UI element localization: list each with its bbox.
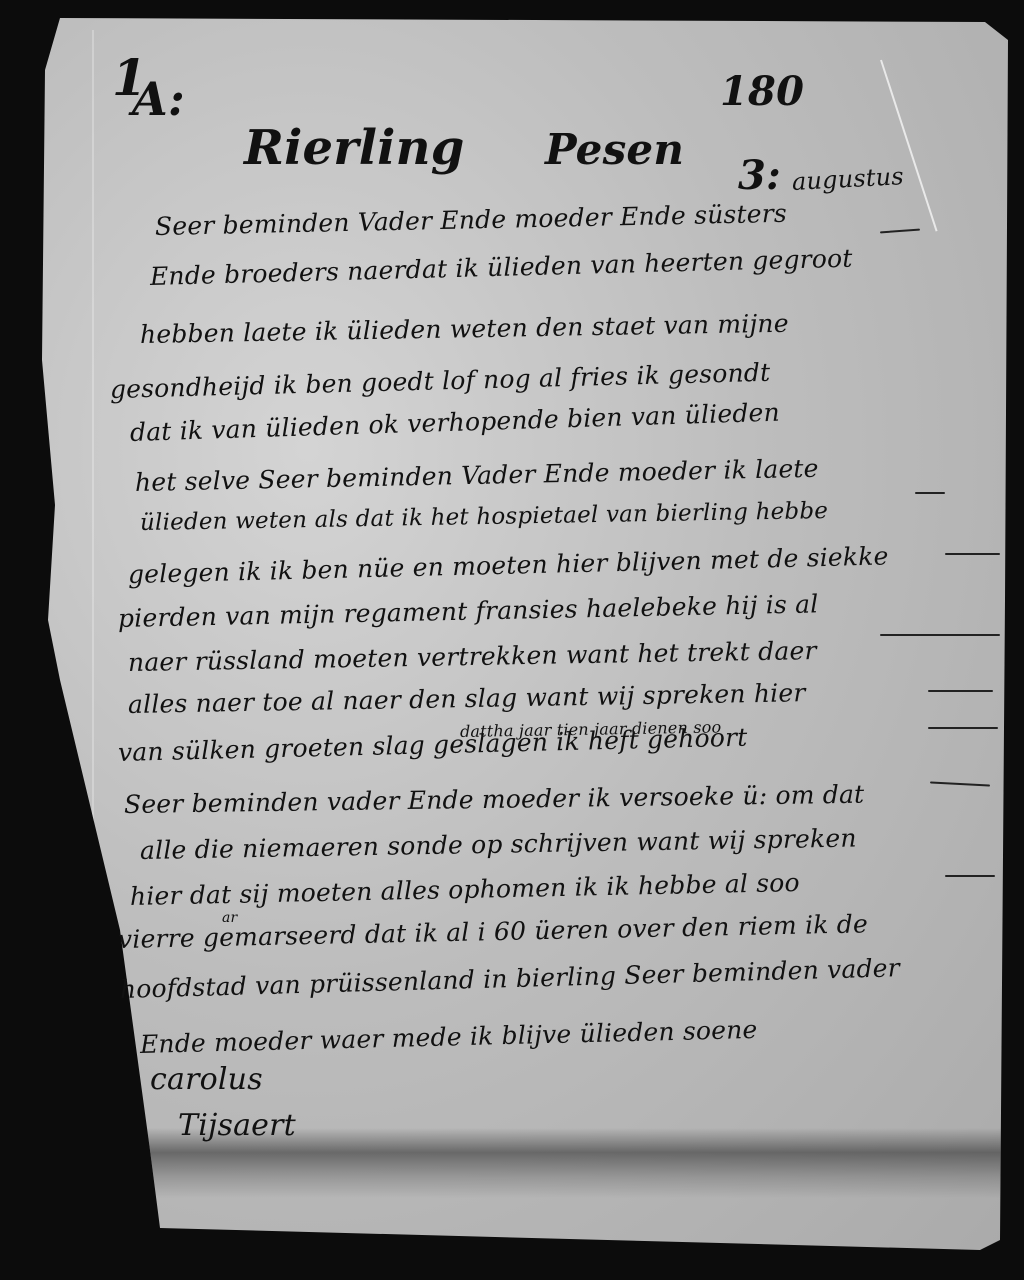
date-day: 3:	[738, 152, 781, 199]
line-filler-stroke	[945, 553, 1000, 555]
line-filler-stroke	[880, 634, 1000, 636]
line-filler-stroke	[928, 727, 998, 729]
paper-fold-line	[92, 30, 94, 1180]
scan-background: 1 A: Rierling Pesen 180 3: augustus Seer…	[0, 0, 1024, 1280]
date-month: augustus	[791, 162, 904, 196]
year: 180	[720, 68, 804, 115]
line-filler-stroke	[928, 690, 993, 692]
signature-last-name: Tijsaert	[178, 1108, 296, 1143]
paper-crease	[880, 60, 938, 232]
place-prefix: A:	[132, 72, 185, 126]
line-filler-stroke	[915, 492, 945, 494]
line-filler-stroke	[945, 875, 995, 877]
signature-first-name: carolus	[150, 1062, 263, 1097]
place-name: Rierling	[244, 120, 464, 176]
place-name-2: Pesen	[545, 125, 684, 174]
